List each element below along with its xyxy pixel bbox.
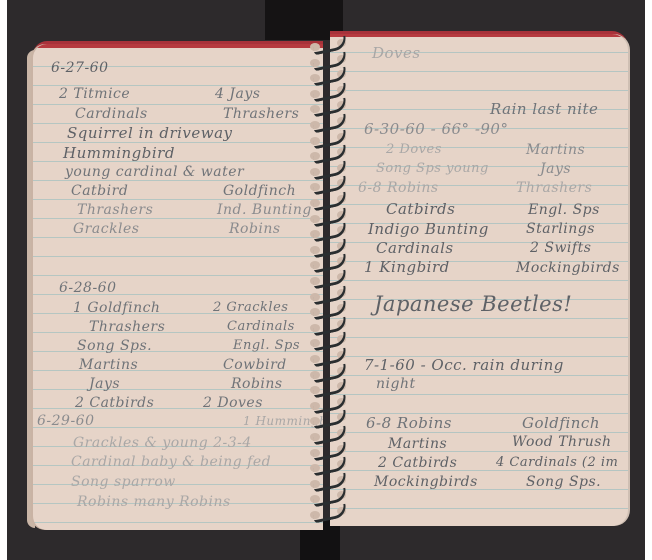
sighting-left: Mockingbirds	[374, 474, 478, 490]
sighting-right: Martins	[526, 142, 585, 158]
sighting-left: 6-8 Robins	[366, 414, 452, 432]
sighting-right: Mockingbirds	[516, 260, 620, 276]
sighting-left: 6-8 Robins	[358, 180, 439, 196]
sighting-right: Ind. Bunting	[217, 202, 312, 218]
sighting-left: Song Sps young	[376, 161, 489, 176]
sighting-left: Thrashers	[89, 319, 165, 335]
right-notebook-page: Doves Rain last nite 6-30-60 - 66° -90° …	[330, 34, 628, 526]
sighting-right: Goldfinch	[522, 414, 600, 432]
sighting-line: Song sparrow	[71, 474, 176, 490]
spiral-coil	[306, 334, 352, 348]
sighting-left: Jays	[89, 376, 120, 392]
sighting-line: Robins many Robins	[77, 494, 231, 510]
spiral-coil	[306, 100, 352, 114]
spiral-coil	[306, 506, 352, 520]
spiral-coil	[306, 194, 352, 208]
spiral-binding	[306, 38, 352, 528]
sighting-left: 2 Titmice	[59, 86, 130, 102]
sighting-right: 2 Grackles	[213, 300, 288, 315]
spiral-coil	[306, 490, 352, 504]
sighting-left: Catbird	[71, 183, 128, 199]
weather-note: Rain last nite	[490, 100, 598, 118]
sighting-left: 1 Kingbird	[364, 258, 450, 276]
sighting-line: Grackles & young 2-3-4	[73, 435, 252, 451]
sighting-left: Catbirds	[386, 200, 455, 218]
sighting-left: Cardinals	[376, 239, 454, 257]
spiral-coil	[306, 38, 352, 52]
sighting-left: 1 Goldfinch	[73, 300, 160, 316]
sighting-left: 2 Doves	[386, 142, 442, 157]
sighting-right: 4 Cardinals (2 im	[496, 455, 618, 470]
sighting-left: Grackles	[73, 221, 140, 237]
entry-date: 7-1-60 - Occ. rain during	[364, 356, 564, 374]
sighting-right: 2 Doves	[203, 395, 263, 411]
spiral-coil	[306, 412, 352, 426]
sighting-right: Robins	[229, 221, 281, 237]
sighting-left: Martins	[388, 436, 447, 452]
spiral-coil	[306, 350, 352, 364]
sighting-left: Martins	[79, 357, 138, 373]
sighting-right: Robins	[231, 376, 283, 392]
entry-date-continued: night	[376, 376, 416, 392]
sighting-right: Engl. Sps	[528, 202, 600, 218]
sighting-left: 2 Catbirds	[378, 455, 457, 471]
spiral-coil	[306, 303, 352, 317]
sighting-line: young cardinal & water	[65, 164, 244, 180]
sighting-line: Cardinal baby & being fed	[71, 454, 271, 470]
sighting-left: Indigo Bunting	[368, 220, 489, 238]
spiral-coil	[306, 116, 352, 130]
page-top-note: Doves	[372, 44, 421, 62]
sighting-left: Cardinals	[75, 106, 148, 122]
spiral-coil	[306, 178, 352, 192]
entry-date: 6-29-60	[37, 413, 95, 429]
spiral-coil	[306, 381, 352, 395]
sighting-right: Jays	[540, 161, 571, 177]
spiral-coil	[306, 225, 352, 239]
spiral-coil	[306, 147, 352, 161]
sighting-right: Cardinals	[227, 319, 295, 334]
sighting-line: Squirrel in driveway	[67, 124, 233, 142]
sighting-left: Song Sps.	[77, 338, 152, 354]
spiral-coil	[306, 69, 352, 83]
sighting-right: Engl. Sps	[233, 338, 300, 353]
entry-date: 6-30-60 - 66° -90°	[364, 120, 508, 138]
sighting-right: Thrashers	[223, 106, 299, 122]
sighting-right: Thrashers	[516, 180, 592, 196]
spiral-coil	[306, 428, 352, 442]
sighting-right: 2 Swifts	[530, 240, 591, 256]
sighting-right: Song Sps.	[526, 474, 601, 490]
sighting-right: 4 Jays	[215, 86, 260, 102]
spiral-coil	[306, 272, 352, 286]
left-notebook-page: 6-27-60 2 Titmice 4 Jays Cardinals Thras…	[33, 44, 323, 530]
spiral-coil	[306, 459, 352, 473]
sighting-right: Starlings	[526, 221, 595, 237]
entry-date: 6-27-60	[51, 60, 109, 76]
sighting-right: Cowbird	[223, 357, 287, 373]
entry-date: 6-28-60	[59, 280, 117, 296]
sighting-right: Wood Thrush	[512, 434, 611, 450]
sighting-left: 2 Catbirds	[75, 395, 154, 411]
sighting-line: Hummingbird	[63, 144, 175, 162]
sighting-right: Goldfinch	[223, 183, 296, 199]
spiral-coil	[306, 256, 352, 270]
sighting-left: Thrashers	[77, 202, 153, 218]
highlight-note: Japanese Beetles!	[374, 292, 572, 316]
